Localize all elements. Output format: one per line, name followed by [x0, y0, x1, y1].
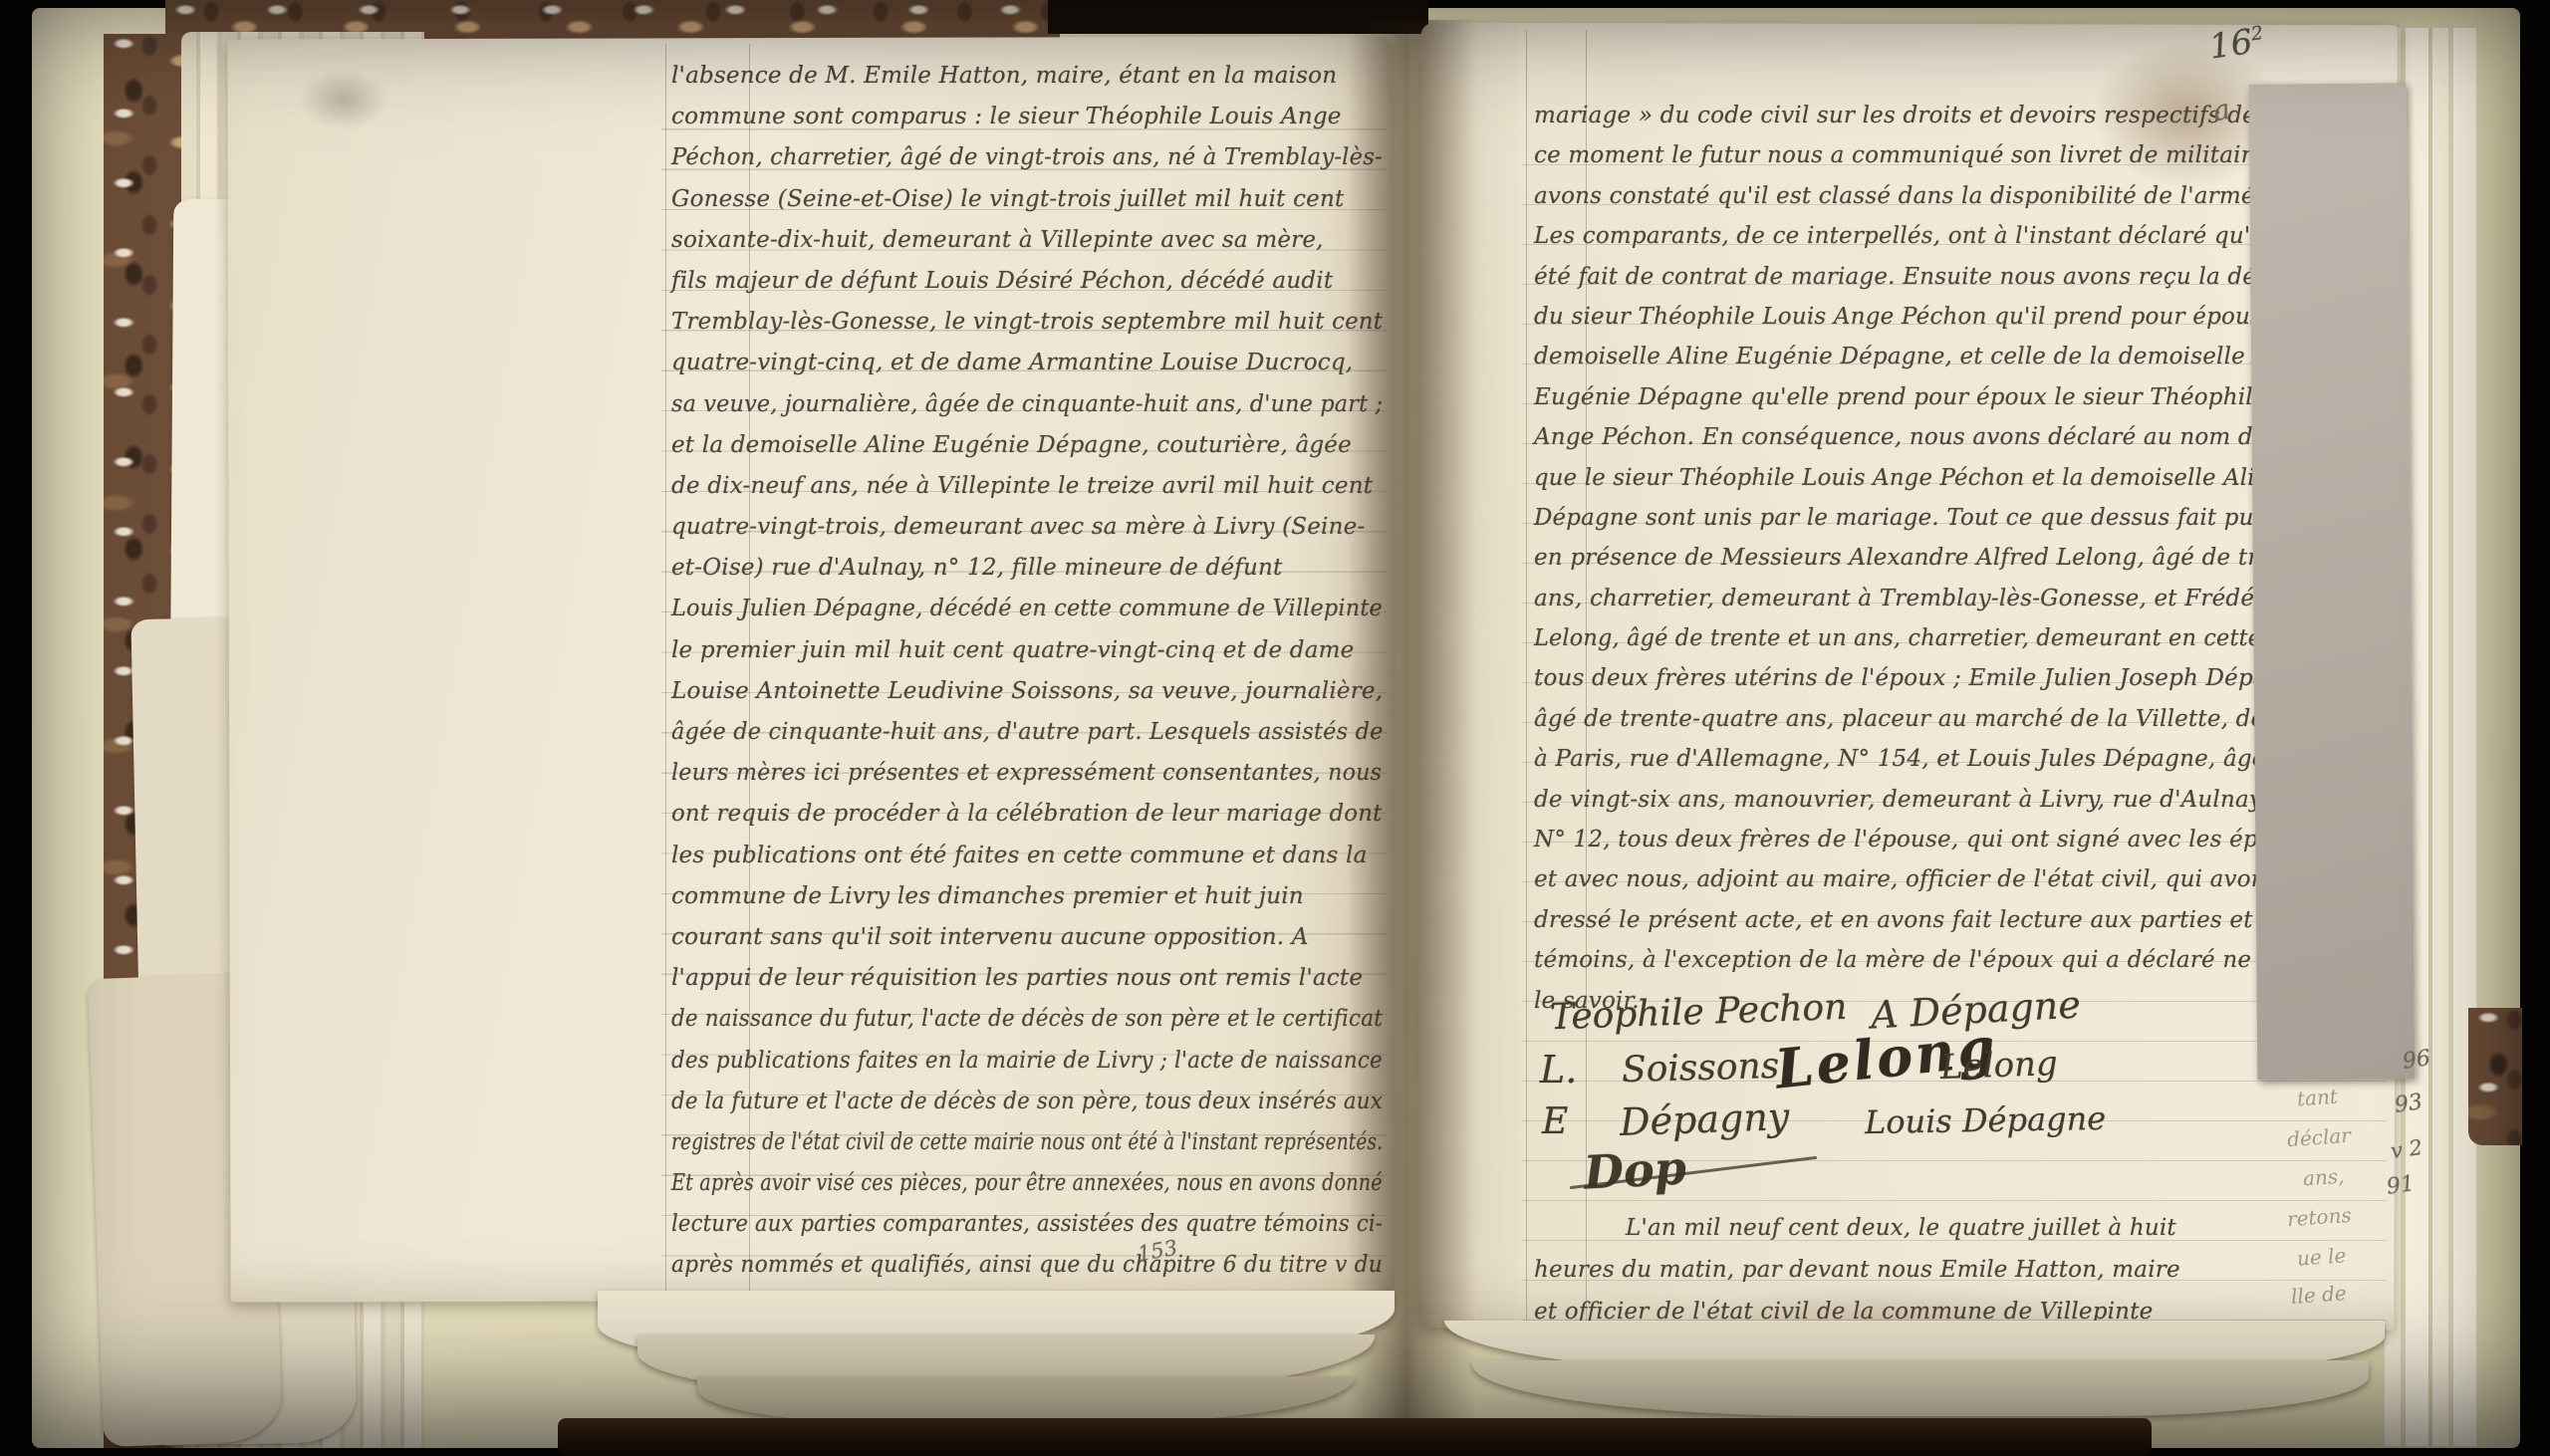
manuscript-line: de vingt-six ans, manouvrier, demeurant … [1534, 780, 2262, 820]
manuscript-line: Louis Julien Dépagne, décédé en cette co… [671, 589, 1383, 629]
signature-witness1-initial: L. [1540, 1048, 1577, 1092]
manuscript-line: N° 12, tous deux frères de l'épouse, qui… [1534, 820, 2300, 859]
leaf-fragment: lle de [2290, 1281, 2347, 1309]
manuscript-line: des publications faites en la mairie de … [671, 1041, 1383, 1082]
manuscript-line: âgée de cinquante-huit ans, d'autre part… [671, 712, 1384, 753]
left-page-text: l'absence de M. Emile Hatton, maire, éta… [671, 56, 1385, 1287]
manuscript-line: Et après avoir visé ces pièces, pour êtr… [671, 1163, 1383, 1204]
manuscript-line: fils majeur de défunt Louis Désiré Pécho… [671, 261, 1333, 302]
manuscript-line: lecture aux parties comparantes, assisté… [671, 1204, 1383, 1245]
leaf-fragment: retons [2286, 1203, 2352, 1231]
manuscript-line: Gonesse (Seine-et-Oise) le vingt-trois j… [671, 179, 1344, 220]
margin-rule [1526, 30, 1527, 1325]
edge-pencil-number: 93 [2393, 1090, 2423, 1118]
closing-line: heures du matin, par devant nous Emile H… [1534, 1249, 2180, 1291]
edge-pencil-number: v 2 [2389, 1135, 2423, 1163]
manuscript-line: témoins, à l'exception de la mère de l'é… [1534, 940, 2251, 980]
signature-witness1: Soissons [1621, 1046, 1779, 1091]
gray-masking-card [2249, 83, 2416, 1080]
manuscript-line: ont requis de procéder à la célébration … [671, 794, 1382, 835]
manuscript-line: registres de l'état civil de cette mairi… [671, 1122, 1383, 1163]
manuscript-line: de naissance du futur, l'acte de décès d… [671, 999, 1383, 1040]
manuscript-line: et la demoiselle Aline Eugénie Dépagne, … [671, 425, 1352, 466]
folio-number: 162 [2206, 20, 2266, 67]
leaf-fragment: tant [2296, 1085, 2338, 1111]
manuscript-line: Péchon, charretier, âgé de vingt-trois a… [671, 137, 1383, 178]
signature-witness3: Dépagny [1619, 1094, 1790, 1144]
closing-line: L'an mil neuf cent deux, le quatre juill… [1534, 1207, 2176, 1249]
manuscript-line: soixante-dix-huit, demeurant à Villepint… [671, 220, 1324, 261]
edge-pencil-number: 96 [2401, 1046, 2431, 1075]
manuscript-line: l'absence de M. Emile Hatton, maire, éta… [671, 56, 1337, 97]
manuscript-line: du sieur Théophile Louis Ange Péchon qu'… [1534, 297, 2305, 337]
manuscript-line: de dix-neuf ans, née à Villepinte le tre… [671, 466, 1373, 507]
marbled-endpaper-right-fragment [2468, 1008, 2522, 1145]
manuscript-line: Tremblay-lès-Gonesse, le vingt-trois sep… [671, 302, 1383, 343]
manuscript-line: en présence de Messieurs Alexandre Alfre… [1534, 538, 2366, 578]
signature-officer-paraph: Dop [1583, 1140, 1687, 1199]
manuscript-line: commune de Livry les dimanches premier e… [671, 876, 1304, 917]
manuscript-line: et avec nous, adjoint au maire, officier… [1534, 859, 2278, 899]
leaf-fragment: déclar [2286, 1123, 2351, 1151]
manuscript-line: Ange Péchon. En conséquence, nous avons … [1534, 417, 2332, 457]
manuscript-line: dressé le présent acte, et en avons fait… [1534, 900, 2302, 940]
manuscript-line: âgé de trente-quatre ans, placeur au mar… [1534, 699, 2365, 739]
manuscript-line: courant sans qu'il soit intervenu aucune… [671, 917, 1309, 958]
manuscript-line: quatre-vingt-cinq, et de dame Armantine … [671, 343, 1353, 383]
manuscript-line: leurs mères ici présentes et expressémen… [671, 753, 1382, 794]
signature-witness2: Lelong [1939, 1044, 2058, 1088]
manuscript-line: après nommés et qualifiés, ainsi que du … [671, 1245, 1383, 1286]
manuscript-line: tous deux frères utérins de l'époux ; Em… [1534, 658, 2318, 698]
manuscript-line: Les comparants, de ce interpellés, ont à… [1534, 216, 2357, 256]
margin-rule [665, 44, 666, 1295]
manuscript-line: Eugénie Dépagne qu'elle prend pour époux… [1534, 377, 2338, 417]
leaf-fragment: ans, [2302, 1164, 2345, 1191]
manuscript-line: les publications ont été faites en cette… [671, 836, 1368, 876]
manuscript-line: avons constaté qu'il est classé dans la … [1534, 176, 2354, 216]
manuscript-line: à Paris, rue d'Allemagne, N° 154, et Lou… [1534, 739, 2266, 779]
manuscript-line: de la future et l'acte de décès de son p… [671, 1082, 1383, 1122]
manuscript-line: le premier juin mil huit cent quatre-vin… [671, 630, 1354, 671]
manuscript-line: Louise Antoinette Leudivine Soissons, sa… [671, 671, 1383, 712]
signature-witness4: Louis Dépagne [1865, 1099, 2107, 1141]
manuscript-line: demoiselle Aline Eugénie Dépagne, et cel… [1534, 337, 2313, 376]
manuscript-line: l'appui de leur réquisition les parties … [671, 958, 1363, 999]
manuscript-line: quatre-vingt-trois, demeurant avec sa mè… [671, 507, 1365, 548]
manuscript-line: été fait de contrat de mariage. Ensuite … [1534, 257, 2362, 297]
ink-spot [299, 70, 388, 129]
archival-photo: l'absence de M. Emile Hatton, maire, éta… [0, 0, 2550, 1456]
manuscript-line: et-Oise) rue d'Aulnay, n° 12, fille mine… [671, 548, 1282, 589]
gutter-shadow [1347, 20, 1476, 1444]
spine-bottom-band [558, 1418, 2152, 1456]
manuscript-line: ans, charretier, demeurant à Tremblay-lè… [1534, 579, 2358, 618]
manuscript-line: sa veuve, journalière, âgée de cinquante… [671, 384, 1383, 425]
signature-witness3-initial: E [1542, 1101, 1568, 1142]
manuscript-line: commune sont comparus : le sieur Théophi… [671, 97, 1342, 137]
leaf-fragment: ue le [2296, 1243, 2347, 1270]
edge-pencil-number: 91 [2385, 1171, 2416, 1200]
